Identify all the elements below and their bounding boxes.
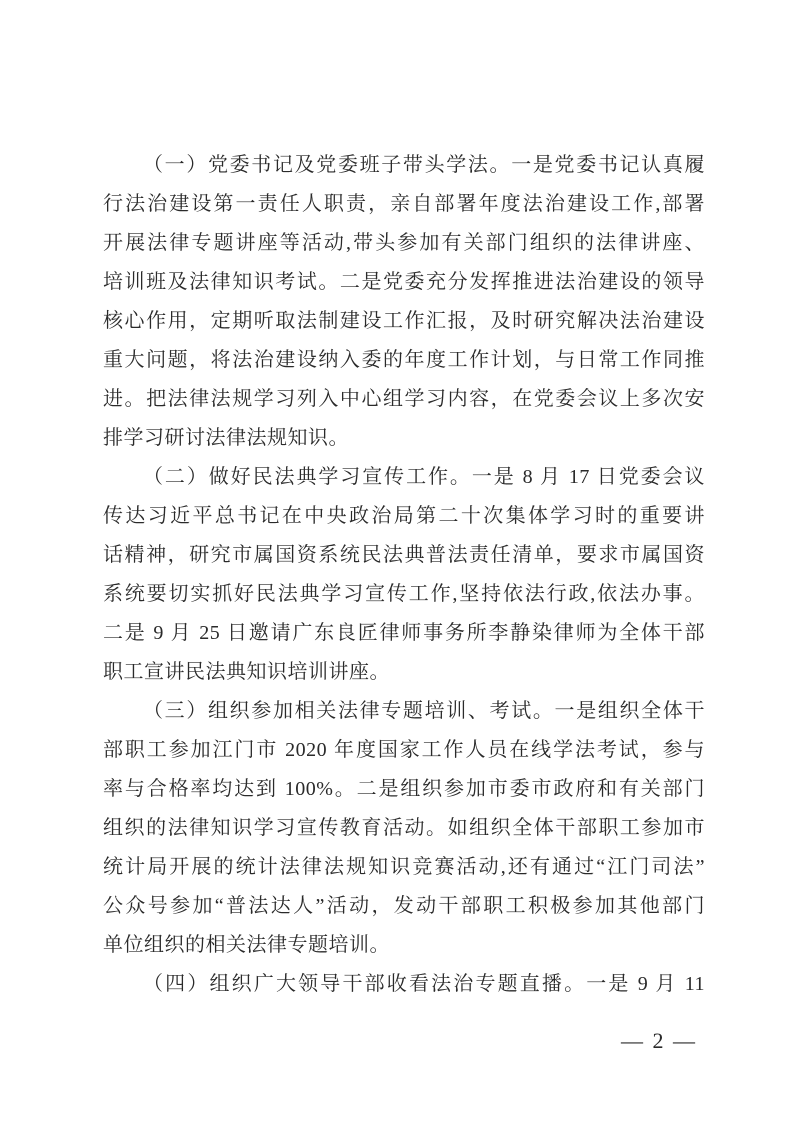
text-line: 组织的法律知识学习宣传教育活动。如组织全体干部职工参加市 — [103, 809, 705, 848]
text-line: 核心作用，定期听取法制建设工作汇报，及时研究解决法治建设 — [103, 302, 705, 341]
text-line: （三）组织参加相关法律专题培训、考试。一是组织全体干 — [103, 692, 705, 731]
text-line: 公众号参加“普法达人”活动，发动干部职工积极参加其他部门 — [103, 887, 705, 926]
text-line: 职工宣讲民法典知识培训讲座。 — [103, 653, 705, 692]
text-line: 部职工参加江门市 2020 年度国家工作人员在线学法考试，参与 — [103, 731, 705, 770]
paragraph-3: （三）组织参加相关法律专题培训、考试。一是组织全体干 部职工参加江门市 2020… — [103, 692, 705, 965]
text-line: （一）党委书记及党委班子带头学法。一是党委书记认真履 — [103, 146, 705, 185]
text-line: （四）组织广大领导干部收看法治专题直播。一是 9 月 11 — [103, 965, 705, 1004]
text-line: 排学习研讨法律法规知识。 — [103, 419, 705, 458]
paragraph-4: （四）组织广大领导干部收看法治专题直播。一是 9 月 11 — [103, 965, 705, 1004]
text-line: 开展法律专题讲座等活动,带头参加有关部门组织的法律讲座、 — [103, 224, 705, 263]
text-line: 培训班及法律知识考试。二是党委充分发挥推进法治建设的领导 — [103, 263, 705, 302]
text-line: 率与合格率均达到 100%。二是组织参加市委市政府和有关部门 — [103, 770, 705, 809]
text-line: （二）做好民法典学习宣传工作。一是 8 月 17 日党委会议 — [103, 458, 705, 497]
paragraph-1: （一）党委书记及党委班子带头学法。一是党委书记认真履 行法治建设第一责任人职责，… — [103, 146, 705, 458]
text-line: 统计局开展的统计法律法规知识竞赛活动,还有通过“江门司法” — [103, 848, 705, 887]
text-line: 系统要切实抓好民法典学习宣传工作,坚持依法行政,依法办事。 — [103, 575, 705, 614]
text-line: 行法治建设第一责任人职责，亲自部署年度法治建设工作,部署 — [103, 185, 705, 224]
paragraph-2: （二）做好民法典学习宣传工作。一是 8 月 17 日党委会议 传达习近平总书记在… — [103, 458, 705, 692]
text-line: 单位组织的相关法律专题培训。 — [103, 926, 705, 965]
text-line: 二是 9 月 25 日邀请广东良匠律师事务所李静染律师为全体干部 — [103, 614, 705, 653]
document-body: （一）党委书记及党委班子带头学法。一是党委书记认真履 行法治建设第一责任人职责，… — [103, 146, 705, 1004]
text-line: 传达习近平总书记在中央政治局第二十次集体学习时的重要讲 — [103, 497, 705, 536]
text-line: 话精神，研究市属国资系统民法典普法责任清单，要求市属国资 — [103, 536, 705, 575]
text-line: 进。把法律法规学习列入中心组学习内容，在党委会议上多次安 — [103, 380, 705, 419]
document-page: （一）党委书记及党委班子带头学法。一是党委书记认真履 行法治建设第一责任人职责，… — [0, 0, 800, 1131]
page-number: — 2 — — [621, 1026, 697, 1056]
text-line: 重大问题，将法治建设纳入委的年度工作计划，与日常工作同推 — [103, 341, 705, 380]
